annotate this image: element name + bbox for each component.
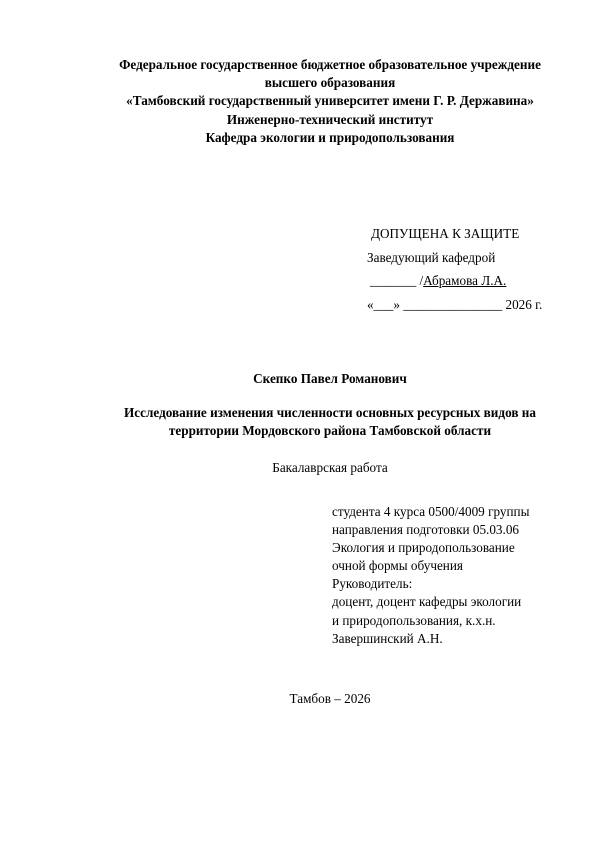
- student-info-line: студента 4 курса 0500/4009 группы: [332, 503, 529, 521]
- student-info-block: студента 4 курса 0500/4009 группы направ…: [332, 503, 529, 648]
- supervisor-label: Руководитель:: [332, 575, 529, 593]
- approval-signature-line: _______ /Абрамова Л.А.: [367, 269, 542, 293]
- head-of-department-name: Абрамова Л.А.: [423, 273, 506, 288]
- header-line-organization-type: Федеральное государственное бюджетное об…: [60, 56, 595, 74]
- supervisor-title: доцент, доцент кафедры экологии: [332, 593, 529, 611]
- header-line-institute: Инженерно-технический институт: [60, 111, 595, 129]
- institution-header: Федеральное государственное бюджетное об…: [60, 56, 595, 147]
- student-info-line: Экология и природопользование: [332, 539, 529, 557]
- topic-line-1: Исследование изменения численности основ…: [0, 404, 595, 422]
- student-info-line: направления подготовки 05.03.06: [332, 521, 529, 539]
- header-line-education-level: высшего образования: [60, 74, 595, 92]
- city-year: Тамбов – 2026: [0, 690, 595, 708]
- work-type: Бакалаврская работа: [0, 459, 595, 477]
- approval-block: ДОПУЩЕНА К ЗАЩИТЕ Заведующий кафедрой __…: [367, 222, 542, 316]
- header-line-university: «Тамбовский государственный университет …: [60, 92, 595, 110]
- thesis-topic: Исследование изменения численности основ…: [0, 404, 595, 440]
- supervisor-name: Завершинский А.Н.: [332, 630, 529, 648]
- approval-title: ДОПУЩЕНА К ЗАЩИТЕ: [367, 222, 542, 246]
- student-info-line: очной формы обучения: [332, 557, 529, 575]
- approval-date-line: «___» _______________ 2026 г.: [367, 293, 542, 317]
- title-page: Федеральное государственное бюджетное об…: [0, 0, 595, 841]
- topic-line-2: территории Мордовского района Тамбовской…: [0, 422, 595, 440]
- signature-blank: _______ /: [370, 273, 423, 288]
- approval-position: Заведующий кафедрой: [367, 246, 542, 270]
- header-line-department: Кафедра экологии и природопользования: [60, 129, 595, 147]
- supervisor-title-cont: и природопользования, к.х.н.: [332, 612, 529, 630]
- author-name: Скепко Павел Романович: [0, 370, 595, 388]
